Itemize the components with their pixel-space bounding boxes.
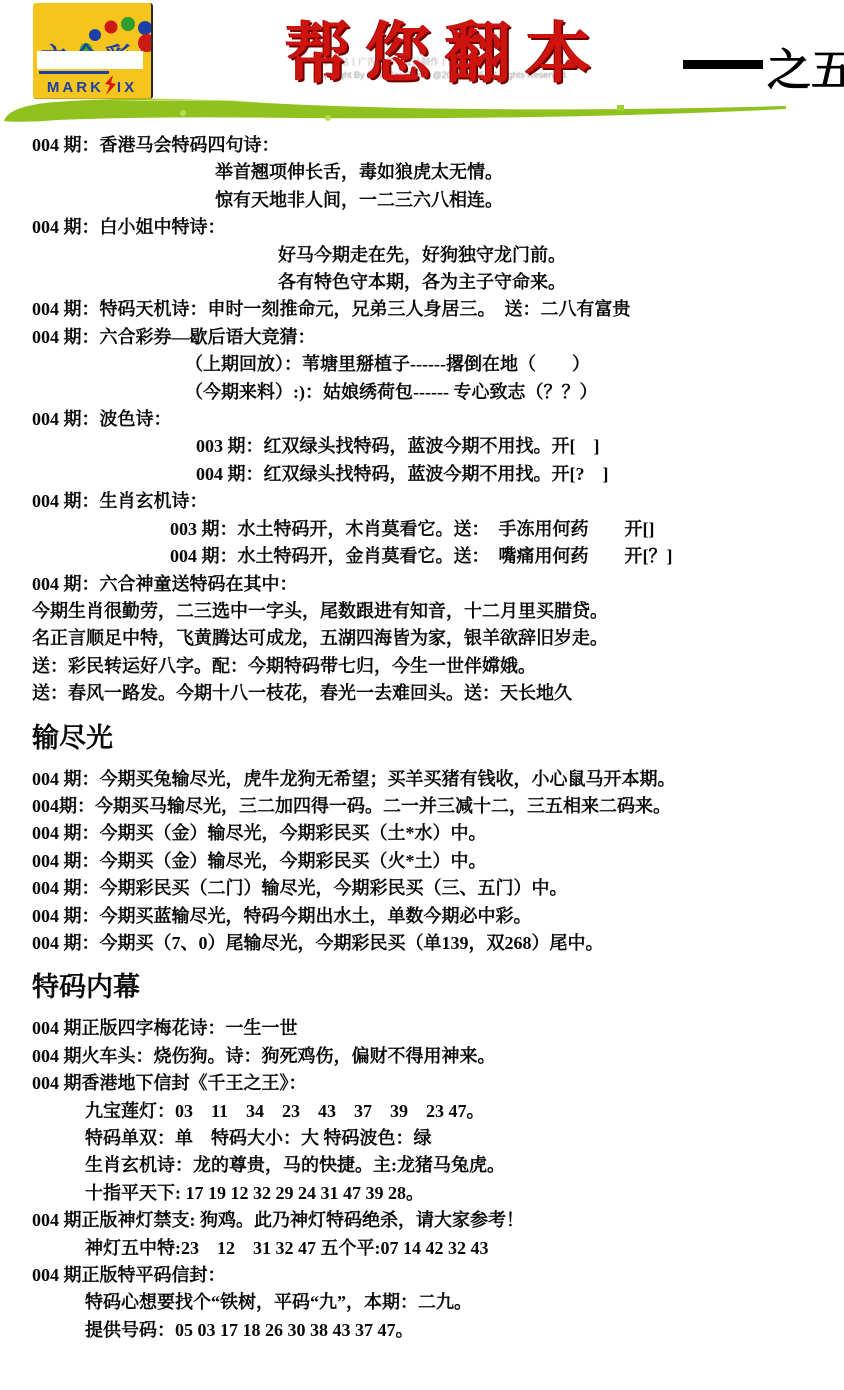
page-header: 六合彩 MARK IX 关于本站丨广告服务丨设计制作丨使用条款＊ Copyrig…	[0, 0, 844, 128]
logo-white-strip	[37, 51, 143, 69]
content-line: 004 期正版特平码信封：	[32, 1262, 834, 1289]
content-line: 生肖玄机诗：龙的尊贵，马的快捷。主:龙猪马兔虎。	[85, 1152, 834, 1179]
logo-lightning-bolt-icon	[104, 75, 117, 95]
content-line: 004 期火车头：烧伤狗。诗：狗死鸡伤，偏财不得用神来。	[32, 1043, 834, 1070]
green-swoosh-icon	[0, 93, 790, 127]
content-line: 举首翘项伸长舌，毒如狼虎太无情。	[215, 159, 834, 186]
content-line: 004 期：白小姐中特诗：	[32, 214, 834, 241]
content-line: 惊有天地非人间，一二三六八相连。	[215, 187, 834, 214]
logo-underline	[39, 71, 109, 74]
content-line: 特码单双：单 特码大小：大 特码波色：绿	[85, 1125, 834, 1152]
title-suffix: 之五	[767, 34, 844, 98]
content-line: 004 期：今期彩民买（二门）输尽光，今期彩民买（三、五门）中。	[32, 875, 834, 902]
page-title: 帮您翻本	[285, 0, 605, 95]
content-line: 004期：今期买马输尽光，三二加四得一码。二一并三减十二，三五相来二码来。	[32, 793, 834, 820]
title-block: 关于本站丨广告服务丨设计制作丨使用条款＊ Copyright By DeskCa…	[275, 2, 835, 98]
content-line: 004 期：香港马会特码四句诗：	[32, 132, 834, 159]
content-line: 004 期正版四字梅花诗：一生一世	[32, 1015, 834, 1042]
content-line: 名正言顺足中特，飞黄腾达可成龙，五湖四海皆为家，银羊欲辞旧岁走。	[32, 625, 834, 652]
content-line: （上期回放）：苇塘里掰植子------撂倒在地（ ）	[185, 351, 834, 378]
content-line: 004 期：今期买蓝输尽光，特码今期出水土，单数今期必中彩。	[32, 903, 834, 930]
section-heading-shujinguang: 输尽光	[32, 723, 834, 753]
content-line: 特码心想要找个“铁树，平码“九”，本期：二九。	[85, 1289, 834, 1316]
content-line: 003 期：水土特码开，木肖莫看它。送： 手冻用何药 开[]	[170, 516, 834, 543]
content-line: 004 期香港地下信封《千王之王》：	[32, 1070, 834, 1097]
content-line: 004 期：今期买（金）输尽光，今期彩民买（土*水）中。	[32, 820, 834, 847]
content-line: 好马今期走在先，好狗独守龙门前。	[278, 242, 834, 269]
content-line: 004 期：水土特码开，金肖莫看它。送： 嘴痛用何药 开[？]	[170, 543, 834, 570]
content-line: 各有特色守本期，各为主子守命来。	[278, 269, 834, 296]
content-line: 神灯五中特:23 12 31 32 47 五个平:07 14 42 32 43	[85, 1235, 834, 1262]
content-line: 004 期：生肖玄机诗：	[32, 488, 834, 515]
content-line: 004 期正版神灯禁支: 狗鸡。此乃神灯特码绝杀，请大家参考！	[32, 1207, 834, 1234]
content-line: 004 期：六合神童送特码在其中：	[32, 571, 834, 598]
content-line: 十指平天下: 17 19 12 32 29 24 31 47 39 28。	[85, 1180, 834, 1207]
content-line: （今期来料）:)：姑娘绣荷包------ 专心致志（？？）	[185, 379, 834, 406]
content-line: 送：彩民转运好八字。配：今期特码带七归，今生一世伴嫦娥。	[32, 653, 834, 680]
content-line: 004 期：今期买（金）输尽光，今期彩民买（火*土）中。	[32, 848, 834, 875]
content-line: 004 期：特码天机诗：申时一刻推命元，兄弟三人身居三。 送：二八有富贵	[32, 296, 834, 323]
section-heading-temaneimu: 特码内幕	[32, 972, 834, 1002]
content-line: 004 期：红双绿头找特码，蓝波今期不用找。开[? ]	[196, 461, 834, 488]
content-line: 004 期：今期买兔输尽光，虎牛龙狗无希望；买羊买猪有钱收，小心鼠马开本期。	[32, 766, 834, 793]
content-line: 今期生肖很勤劳，二三选中一字头，尾数跟进有知音，十二月里买腊贷。	[32, 598, 834, 625]
content-area: 004 期：香港马会特码四句诗： 举首翘项伸长舌，毒如狼虎太无情。 惊有天地非人…	[0, 128, 844, 1374]
content-line: 送：春风一路发。今期十八一枝花，春光一去难回头。送：天长地久	[32, 680, 834, 707]
content-line: 提供号码：05 03 17 18 26 30 38 43 37 47。	[85, 1317, 834, 1344]
content-line: 九宝莲灯：03 11 34 23 43 37 39 23 47。	[85, 1098, 834, 1125]
content-line: 004 期：波色诗：	[32, 406, 834, 433]
green-dot-icon	[617, 105, 624, 111]
content-line: 003 期：红双绿头找特码，蓝波今期不用找。开[ ]	[196, 433, 834, 460]
title-dash	[683, 60, 763, 69]
content-line: 004 期：今期买（7、0）尾输尽光，今期彩民买（单139，双268）尾中。	[32, 930, 834, 957]
content-line: 004 期：六合彩券—歇后语大竞猜：	[32, 324, 834, 351]
marksix-logo: 六合彩 MARK IX	[33, 3, 153, 99]
